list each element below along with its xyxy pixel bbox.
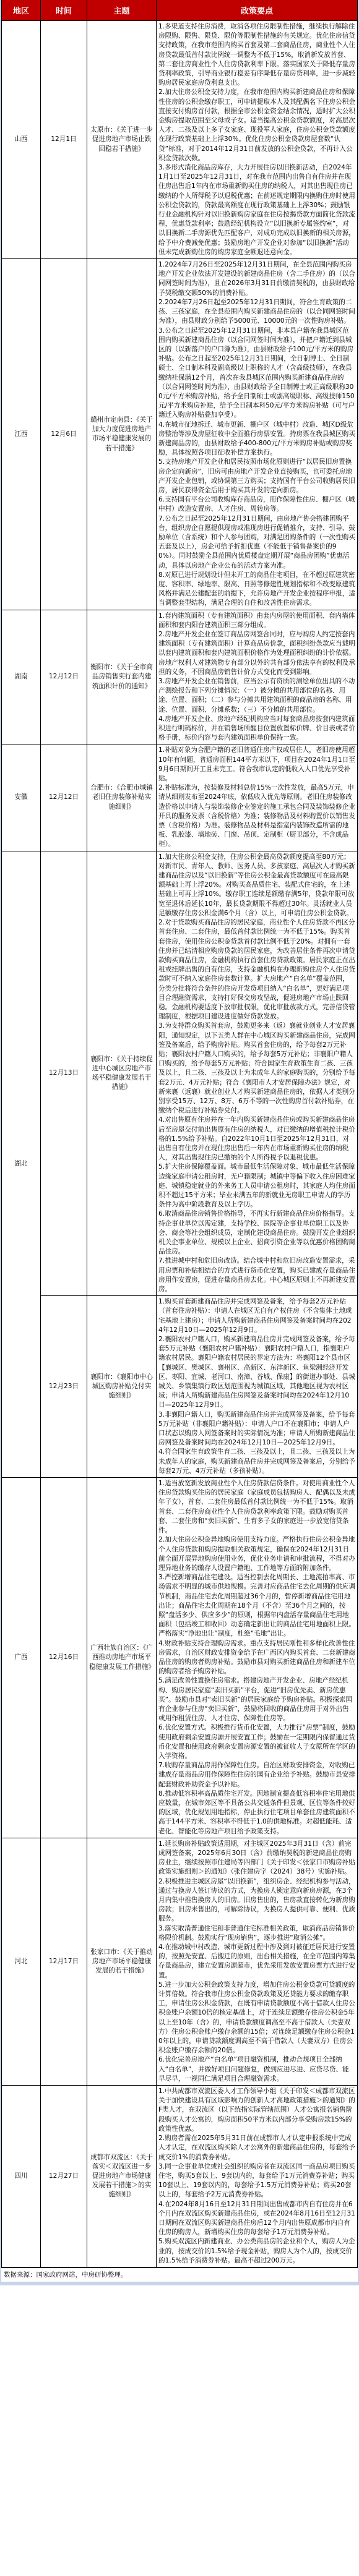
policy-point: 4.在城市征地拆迁、城市更新、棚户区（城中村）改造、城区D级危房整治等涉及房屋征… bbox=[158, 420, 355, 458]
table-row: 广西12月16日广西壮族自治区：《广西推动房地产市场平稳健康发展工作措施》1.适… bbox=[2, 1478, 358, 1838]
policy-point: 4.房地产开发企业、房地产经纪机构应当对每套商品房按套内建筑面积进行明码标价，并… bbox=[158, 715, 355, 743]
policy-point: 6.取消商品住房销售价格指导，不再实行新建商品住房价格指导。支持企事业单位以需定… bbox=[158, 1209, 355, 1256]
policy-point: 2.襄阳农村户籍人口，购买新建商品住房并完成网签及备案，给予每套5万元补贴（襄阳… bbox=[158, 1335, 355, 1410]
table-row: 河北12月17日张家口市：《关于推动房地产市场平稳健康发展的若干措施》1.延长购… bbox=[2, 1838, 358, 2085]
policy-points-cell: 1.加大住房公积金支持，住房公积金最高贷款额度提高至80万元；对新市民、青年人、… bbox=[157, 851, 358, 1296]
source-note: 数据来源：国家政府网站，中房研协整理。 bbox=[1, 2267, 358, 2282]
policy-points-cell: 1.中共成都市双流区委人才工作领导小组《关于印发＜成都市双流区关于加快建设具有区… bbox=[157, 2086, 358, 2267]
policy-document: 地区 时间 主题 政策要点 山西12月1日太原市：《关于进一步促进房地产市场止跌… bbox=[0, 0, 359, 2285]
policy-point: 6.优化完善房地产“白名单”项目融资机制，推动合规项目全部纳入“白名单”，并做好… bbox=[158, 2055, 355, 2084]
policy-point: 1.延长购房补贴政策适用期，对主城区2025年3月31日（含）前完成网签备案，2… bbox=[158, 1840, 355, 1877]
table-row: 湖北12月13日襄阳市：《关于持续促进中心城区房地产市场平稳健康发展若干措施》1… bbox=[2, 851, 358, 1296]
policy-point: 1.加大住房公积金支持，住房公积金最高贷款额度提高至80万元；对新市民、青年人、… bbox=[158, 853, 355, 918]
topic-cell: 襄阳市：《襄阳市中心城区购房补贴兑付实施细则》 bbox=[87, 1296, 157, 1478]
date-cell: 12月27日 bbox=[41, 2086, 87, 2267]
policy-points-cell: 1.购买首套新建商品住房并完成网签及备案，给予每套2万元补贴（首套住房补贴）：申… bbox=[157, 1296, 358, 1478]
table-row: 四川12月27日成都市双流区：《关于落实＜双流区进一步促进房地产市场健康发展若干… bbox=[2, 2086, 358, 2267]
header-region: 地区 bbox=[2, 0, 41, 21]
policy-point: 5.扩大住房保障覆盖面。城市最低生活保障对象、城市最低生活保障边缘家庭申请公租房… bbox=[158, 1162, 355, 1209]
region-cell: 安徽 bbox=[2, 744, 41, 851]
policy-point: 1.适当放宽新发放商业性个人住房贷款信贷条件。对使用商业性个人住房贷款购买住房的… bbox=[158, 1479, 355, 1535]
policy-point: 2.加大住房公积金支持力度，在我市范围内购买新建商品住房和保障性住房的公积金缴存… bbox=[158, 88, 355, 163]
policy-point: 1.2024年7月26日至2025年12月31日期间，在全县范围内购买房地产开发… bbox=[158, 260, 355, 298]
table-body: 山西12月1日太原市：《关于进一步促进房地产市场止跌回稳若干措施》1.多渠道支持… bbox=[2, 21, 358, 2267]
table-row: 安徽12月12日合肥市：《合肥市城镇老旧住房装修补贴实施细则》1.补贴对象为合肥… bbox=[2, 744, 358, 851]
header-points: 政策要点 bbox=[157, 0, 358, 21]
policy-points-cell: 1.延长购房补贴政策适用期，对主城区2025年3月31日（含）前完成网签备案，2… bbox=[157, 1838, 358, 2085]
table-row: 江西12月6日赣州市定南县：《关于加大力度促进房地产市场平稳健康发展的若干措施》… bbox=[2, 259, 358, 610]
topic-cell: 赣州市定南县：《关于加大力度促进房地产市场平稳健康发展的若干措施》 bbox=[87, 259, 157, 610]
policy-points-cell: 1.套内建筑面积（专有建筑面积）由套内房屋的使用面积、套内墙体面积和套内阳台建筑… bbox=[157, 610, 358, 744]
policy-point: 8.对原已进行规划设计但未开工的商品住宅项目，在不超过原建筑密度、容积率、绿地率… bbox=[158, 571, 355, 608]
policy-point: 3.同一企事业单位或社会组织的购房者在双流区同一商品房项目购买住宅，购买5套以上… bbox=[158, 2162, 355, 2200]
region-cell: 广西 bbox=[2, 1478, 41, 1838]
header-topic: 主题 bbox=[87, 0, 157, 21]
policy-point: 3.公布之日起至2025年12月31日期间，非本县户籍在我县城区范围内购买新建商… bbox=[158, 326, 355, 420]
policy-point: 3.落实取消普通住宅和非普通住宅标准相关政策，取消商品房销售价格限价机制。鼓励实… bbox=[158, 1924, 355, 1943]
policy-point: 2.加大住房公积金异地购房使用支持力度。严格执行住房公积金异地个人住房贷款和购房… bbox=[158, 1535, 355, 1573]
topic-cell: 衡阳市：《关于全市商品房销售实行套内建筑面积计价的通知》 bbox=[87, 610, 157, 744]
policy-point: 7.公布之日起至2025年12月31日期间，由房地产协会搭建团购平台，组织房企自… bbox=[158, 514, 355, 571]
policy-point: 8.推动低容积率高品质住宅开发。因地制宜提高低容积率住宅用地供应数量，在城市郊区… bbox=[158, 1789, 355, 1836]
table-row: 湖南12月12日衡阳市：《关于全市商品房销售实行套内建筑面积计价的通知》1.套内… bbox=[2, 610, 358, 744]
policy-point: 5.满足改善性置换住房需求。搭建房地产开发企业、房地产经纪机构、购房居民家庭“卖… bbox=[158, 1676, 355, 1723]
policy-point: 1.补贴对象为合肥户籍的老旧普通住房产权或居住人，老旧房使用超10年有问题，普通… bbox=[158, 746, 355, 783]
policy-point: 4.对出售原有住房并在一年内购买新建商品住房或购买新建商品住房后至房屋交付前出售… bbox=[158, 1115, 355, 1162]
policy-point: 5.支持房地产开发企业和居民按照市场化原则进行“以居民旧房置换房企定向新房”，旧… bbox=[158, 458, 355, 495]
policy-point: 3.为支持群众购买首套房，鼓励更多来（返）襄就业创业人才安居襄阳，通知规定，以下… bbox=[158, 1021, 355, 1115]
policy-point: 6.支持国有平台公司收购库存商品房，用作保障性住房、棚户区（城中村）改造安置房、… bbox=[158, 495, 355, 514]
date-cell: 12月12日 bbox=[41, 744, 87, 851]
policy-point: 2.对于贷款购买商品住房的居民家庭，商业性个人住房贷款不再区分首套住房、二套住房… bbox=[158, 918, 355, 1021]
policy-point: 3.严控新增商品住宅建设。适当控制去化周期长、土地流拍率高、市场需求不明显的城市… bbox=[158, 1573, 355, 1639]
policy-point: 3.非襄阳户籍人口，购买新建商品住房并完成网签及备案，给予每套5万元补贴（非襄阳… bbox=[158, 1410, 355, 1448]
region-cell: 四川 bbox=[2, 2086, 41, 2267]
date-cell: 12月16日 bbox=[41, 1478, 87, 1838]
topic-cell: 张家口市：《关于推动房地产市场平稳健康发展的若干措施》 bbox=[87, 1838, 157, 2085]
policy-point: 4.符合国家生育政策生育二孩、三孩及以上，且二孩、三孩及以上为未成年人的家庭，购… bbox=[158, 1448, 355, 1476]
topic-cell: 太原市：《关于进一步促进房地产市场止跌回稳若干措施》 bbox=[87, 21, 157, 259]
topic-cell: 成都市双流区：《关于落实＜双流区进一步促进房地产市场健康发展若干措施＞的实施细则… bbox=[87, 2086, 157, 2267]
policy-point: 7.推进城中村和危旧房改造。结合城中村和危旧房改造安置需求，采用房票和补贴相结合… bbox=[158, 1256, 355, 1294]
policy-point: 2.积极推进主城区房屋“以旧换新”，组织房企、经纪机构参与活动，通过与换房人签订… bbox=[158, 1877, 355, 1924]
date-cell: 12月12日 bbox=[41, 610, 87, 744]
policy-point: 7.收购存量商品房用作保障性住房。自治区财政安排资金，对收购已建成存量商品房用作… bbox=[158, 1761, 355, 1789]
policy-point: 4.财政补贴支持合理购房需求。重点支持居民刚性和多样化改善性住房需求，自治区财政… bbox=[158, 1639, 355, 1677]
policy-points-cell: 1.2024年7月26日至2025年12月31日期间，在全县范围内购买房地产开发… bbox=[157, 259, 358, 610]
topic-cell: 襄阳市：《关于持续促进中心城区房地产市场平稳健康发展若干措施》 bbox=[87, 851, 157, 1296]
policy-point: 5.购买双流区内新建商业、办公类商品房的企业和个人，购房人为企业的，按成交价的1… bbox=[158, 2237, 355, 2266]
date-cell: 12月1日 bbox=[41, 21, 87, 259]
table-header-row: 地区 时间 主题 政策要点 bbox=[2, 0, 358, 21]
date-cell: 12月6日 bbox=[41, 259, 87, 610]
policy-point: 1.中共成都市双流区委人才工作领导小组《关于印发＜成都市双流区关于加快建设具有区… bbox=[158, 2087, 355, 2134]
policy-point: 6.优化安置方式。积极推行货币化安置，大力推行“房票”制度，鼓励使用政府剩余安置… bbox=[158, 1723, 355, 1761]
topic-cell: 广西壮族自治区：《广西推动房地产市场平稳健康发展工作措施》 bbox=[87, 1478, 157, 1838]
table-row: 山西12月1日太原市：《关于进一步促进房地产市场止跌回稳若干措施》1.多渠道支持… bbox=[2, 21, 358, 259]
policy-points-cell: 1.补贴对象为合肥户籍的老旧普通住房产权或居住人，老旧房使用超10年有问题，普通… bbox=[157, 744, 358, 851]
region-cell: 河北 bbox=[2, 1838, 41, 2085]
policy-point: 3.多形式消化商品房库存，大力开展住房以旧换新活动，自2024年1月1日至202… bbox=[158, 163, 355, 257]
policy-point: 2.2024年7月26日起至2025年12月31日期间，符合生育政策的二孩、三孩… bbox=[158, 298, 355, 326]
region-cell: 山西 bbox=[2, 21, 41, 259]
date-cell: 12月13日 bbox=[41, 851, 87, 1296]
topic-cell: 合肥市：《合肥市城镇老旧住房装修补贴实施细则》 bbox=[87, 744, 157, 851]
policy-point: 2.补贴标准为，按装修及材料总价15%一次性发放，最高5万元，申请从细则发布至2… bbox=[158, 783, 355, 849]
policy-point: 3.房地产开发企业在销售前，应当公示有资质的测绘单位出具的不动产测绘报告和下列分… bbox=[158, 677, 355, 715]
policy-point: 4.在2024年8月16日至12月31日期间出售成都市内自有住房并在6个月内在双… bbox=[158, 2200, 355, 2238]
policy-points-cell: 1.多渠道支持住房消费，取消各项住房限制性措施，继续执行解除住房限购、限售、限贷… bbox=[157, 21, 358, 259]
date-cell: 12月17日 bbox=[41, 1838, 87, 2085]
header-date: 时间 bbox=[41, 0, 87, 21]
region-cell: 湖南 bbox=[2, 610, 41, 744]
policy-point: 1.购买首套新建商品住房并完成网签及备案，给予每套2万元补贴（首套住房补贴）：申… bbox=[158, 1297, 355, 1335]
policy-point: 5.进一步加大公积金政策支持力度，增加住房公积金贷款可贷额度的计算倍数。符合我市… bbox=[158, 1981, 355, 2056]
policy-points-cell: 1.适当放宽新发放商业性个人住房贷款信贷条件。对使用商业性个人住房贷款购买住房的… bbox=[157, 1478, 358, 1838]
policy-point: 1.套内建筑面积（专有建筑面积）由套内房屋的使用面积、套内墙体面积和套内阳台建筑… bbox=[158, 612, 355, 630]
date-cell: 12月23日 bbox=[41, 1296, 87, 1478]
bottom-strip bbox=[1, 2282, 358, 2285]
region-cell: 湖北 bbox=[2, 851, 41, 1477]
policy-point: 2.房地产开发企业在签订商品房网签合同时，应与购房人约定按套内建筑面积（专有建筑… bbox=[158, 630, 355, 677]
policy-point: 4.在推动城中村改造、城市更新过程中涉及到对被征迁居民进行安置的，按照先安置、后… bbox=[158, 1943, 355, 1981]
policy-point: 2.购房者需在2025年5月31日前在成都市人才认定申报系统中完成人才认定，在双… bbox=[158, 2134, 355, 2162]
policy-table: 地区 时间 主题 政策要点 山西12月1日太原市：《关于进一步促进房地产市场止跌… bbox=[1, 0, 358, 2267]
region-cell: 江西 bbox=[2, 259, 41, 610]
table-row: 12月23日襄阳市：《襄阳市中心城区购房补贴兑付实施细则》1.购买首套新建商品住… bbox=[2, 1296, 358, 1478]
policy-point: 1.多渠道支持住房消费，取消各项住房限制性措施，继续执行解除住房限购、限售、限贷… bbox=[158, 22, 355, 88]
